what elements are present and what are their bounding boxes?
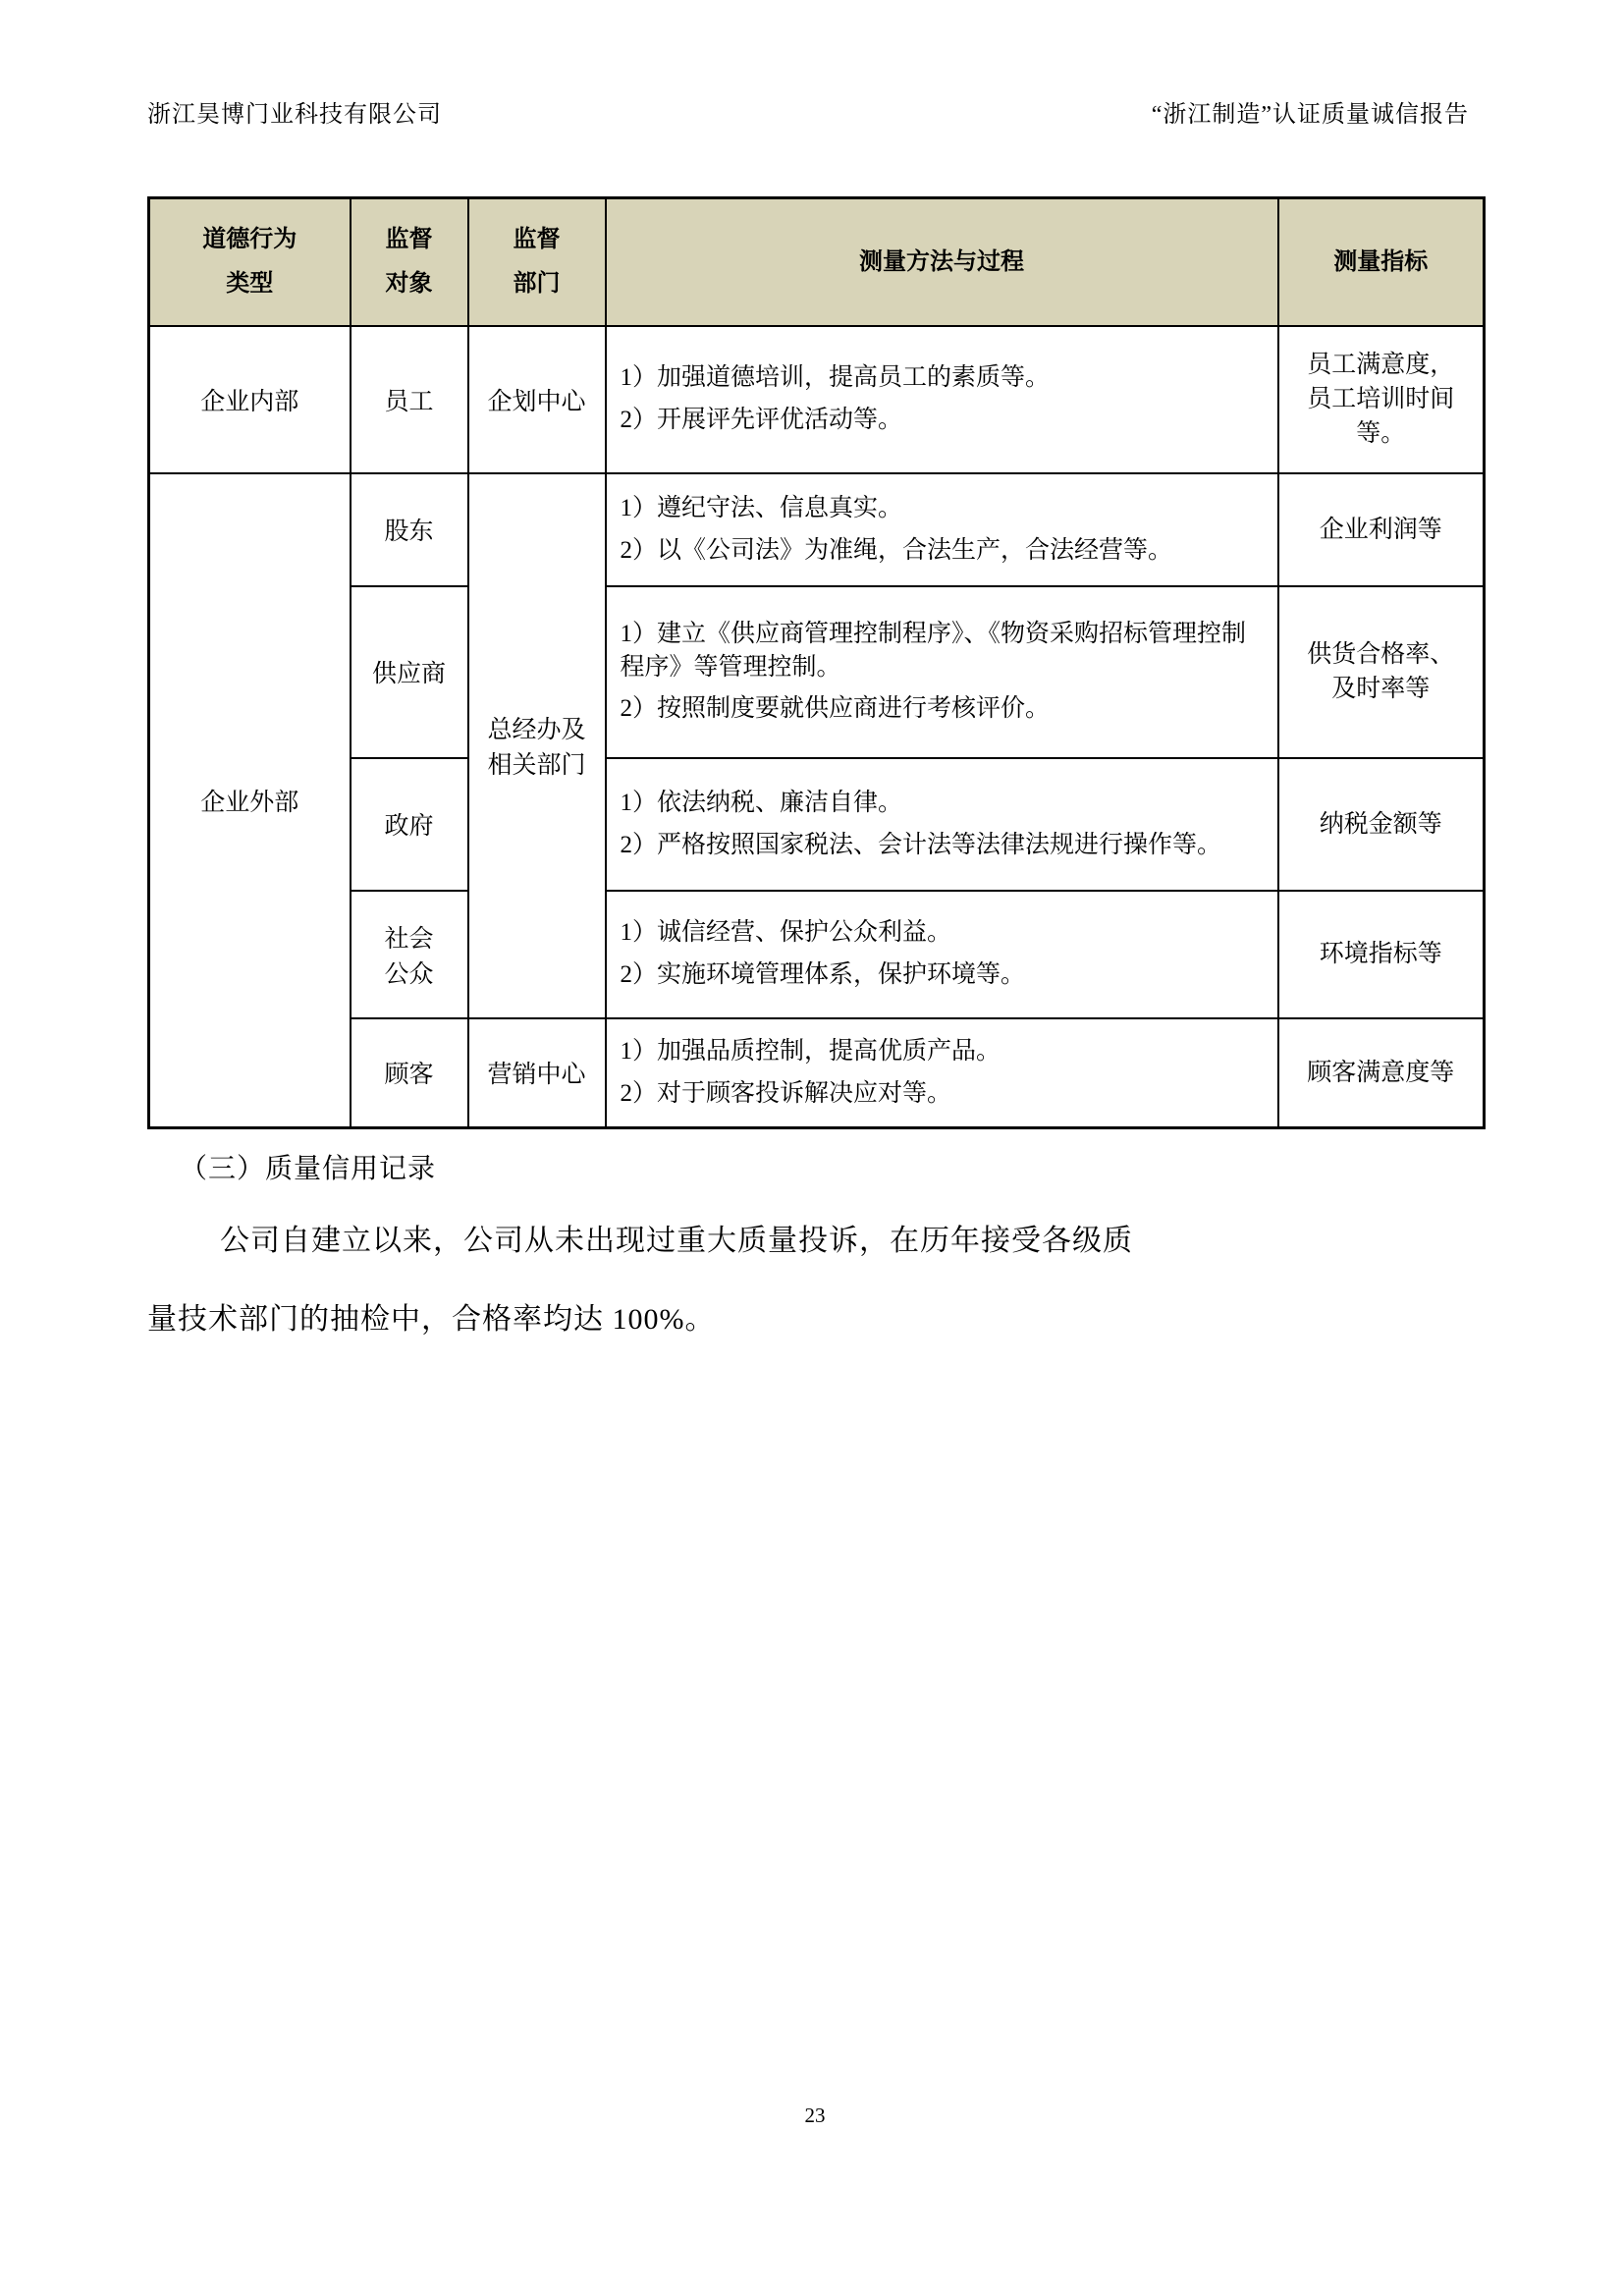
method-item: 1）加强品质控制，提高优质产品。 [621,1035,1268,1068]
cell-methods-supplier: 1）建立《供应商管理控制程序》、《物资采购招标管理控制程序》等管理控制。 2）按… [606,586,1278,758]
method-item: 1）诚信经营、保护公众利益。 [621,916,1268,950]
method-item: 1）建立《供应商管理控制程序》、《物资采购招标管理控制程序》等管理控制。 [621,618,1268,684]
cell-target-shareholder: 股东 [351,473,468,586]
cell-dept-general-office: 总经办及 相关部门 [468,473,606,1018]
paragraph-line-2: 量技术部门的抽检中，合格率均达 100%。 [147,1294,1488,1338]
cell-ethic-type-internal: 企业内部 [149,326,351,473]
ethics-supervision-table: 道德行为 类型 监督 对象 监督 部门 测量方法与过程 测量指标 企业内部 员工… [147,196,1486,1129]
cell-indicator-public: 环境指标等 [1278,891,1485,1018]
col-header-measure-method: 测量方法与过程 [606,198,1278,326]
cell-indicator-government: 纳税金额等 [1278,758,1485,891]
method-item: 2）对于顾客投诉解决应对等。 [621,1077,1268,1111]
method-item: 2）严格按照国家税法、会计法等法律法规进行操作等。 [621,829,1268,862]
document-header: 浙江昊博门业科技有限公司 “浙江制造”认证质量诚信报告 [147,94,1483,129]
cell-methods-government: 1）依法纳税、廉洁自律。 2）严格按照国家税法、会计法等法律法规进行操作等。 [606,758,1278,891]
method-item: 1）依法纳税、廉洁自律。 [621,787,1268,820]
cell-methods-public: 1）诚信经营、保护公众利益。 2）实施环境管理体系，保护环境等。 [606,891,1278,1018]
cell-target-government: 政府 [351,758,468,891]
table-row-shareholder: 企业外部 股东 总经办及 相关部门 1）遵纪守法、信息真实。 2）以《公司法》为… [149,473,1485,586]
cell-indicator-customer: 顾客满意度等 [1278,1018,1485,1128]
cell-methods-customer: 1）加强品质控制，提高优质产品。 2）对于顾客投诉解决应对等。 [606,1018,1278,1128]
method-item: 2）开展评先评优活动等。 [621,404,1268,437]
paragraph-line-1: 公司自建立以来，公司从未出现过重大质量投诉，在历年接受各级质 [147,1216,1488,1259]
cell-target-customer: 顾客 [351,1018,468,1128]
table-row-employee: 企业内部 员工 企划中心 1）加强道德培训，提高员工的素质等。 2）开展评先评优… [149,326,1485,473]
cell-indicator-employee: 员工满意度， 员工培训时间 等。 [1278,326,1485,473]
header-company-name: 浙江昊博门业科技有限公司 [147,94,442,129]
col-header-supervised-target: 监督 对象 [351,198,468,326]
page-number: 23 [147,2104,1483,2128]
cell-target-supplier: 供应商 [351,586,468,758]
cell-ethic-type-external: 企业外部 [149,473,351,1128]
section-heading-quality-credit-record: （三）质量信用记录 [180,1147,436,1186]
col-header-measure-indicator: 测量指标 [1278,198,1485,326]
header-report-title: “浙江制造”认证质量诚信报告 [1152,94,1483,129]
cell-methods-employee: 1）加强道德培训，提高员工的素质等。 2）开展评先评优活动等。 [606,326,1278,473]
cell-indicator-supplier: 供货合格率、 及时率等 [1278,586,1485,758]
cell-dept-marketing-center: 营销中心 [468,1018,606,1128]
cell-target-employee: 员工 [351,326,468,473]
method-item: 2）实施环境管理体系，保护环境等。 [621,958,1268,992]
method-item: 2）按照制度要就供应商进行考核评价。 [621,692,1268,726]
method-item: 1）遵纪守法、信息真实。 [621,492,1268,525]
table-header-row: 道德行为 类型 监督 对象 监督 部门 测量方法与过程 测量指标 [149,198,1485,326]
method-item: 1）加强道德培训，提高员工的素质等。 [621,361,1268,395]
method-item: 2）以《公司法》为准绳，合法生产，合法经营等。 [621,534,1268,568]
document-page: 浙江昊博门业科技有限公司 “浙江制造”认证质量诚信报告 道德行为 类型 监督 对… [0,0,1623,2296]
col-header-supervising-dept: 监督 部门 [468,198,606,326]
cell-methods-shareholder: 1）遵纪守法、信息真实。 2）以《公司法》为准绳，合法生产，合法经营等。 [606,473,1278,586]
cell-target-public: 社会 公众 [351,891,468,1018]
col-header-ethic-type: 道德行为 类型 [149,198,351,326]
cell-indicator-shareholder: 企业利润等 [1278,473,1485,586]
cell-dept-planning-center: 企划中心 [468,326,606,473]
